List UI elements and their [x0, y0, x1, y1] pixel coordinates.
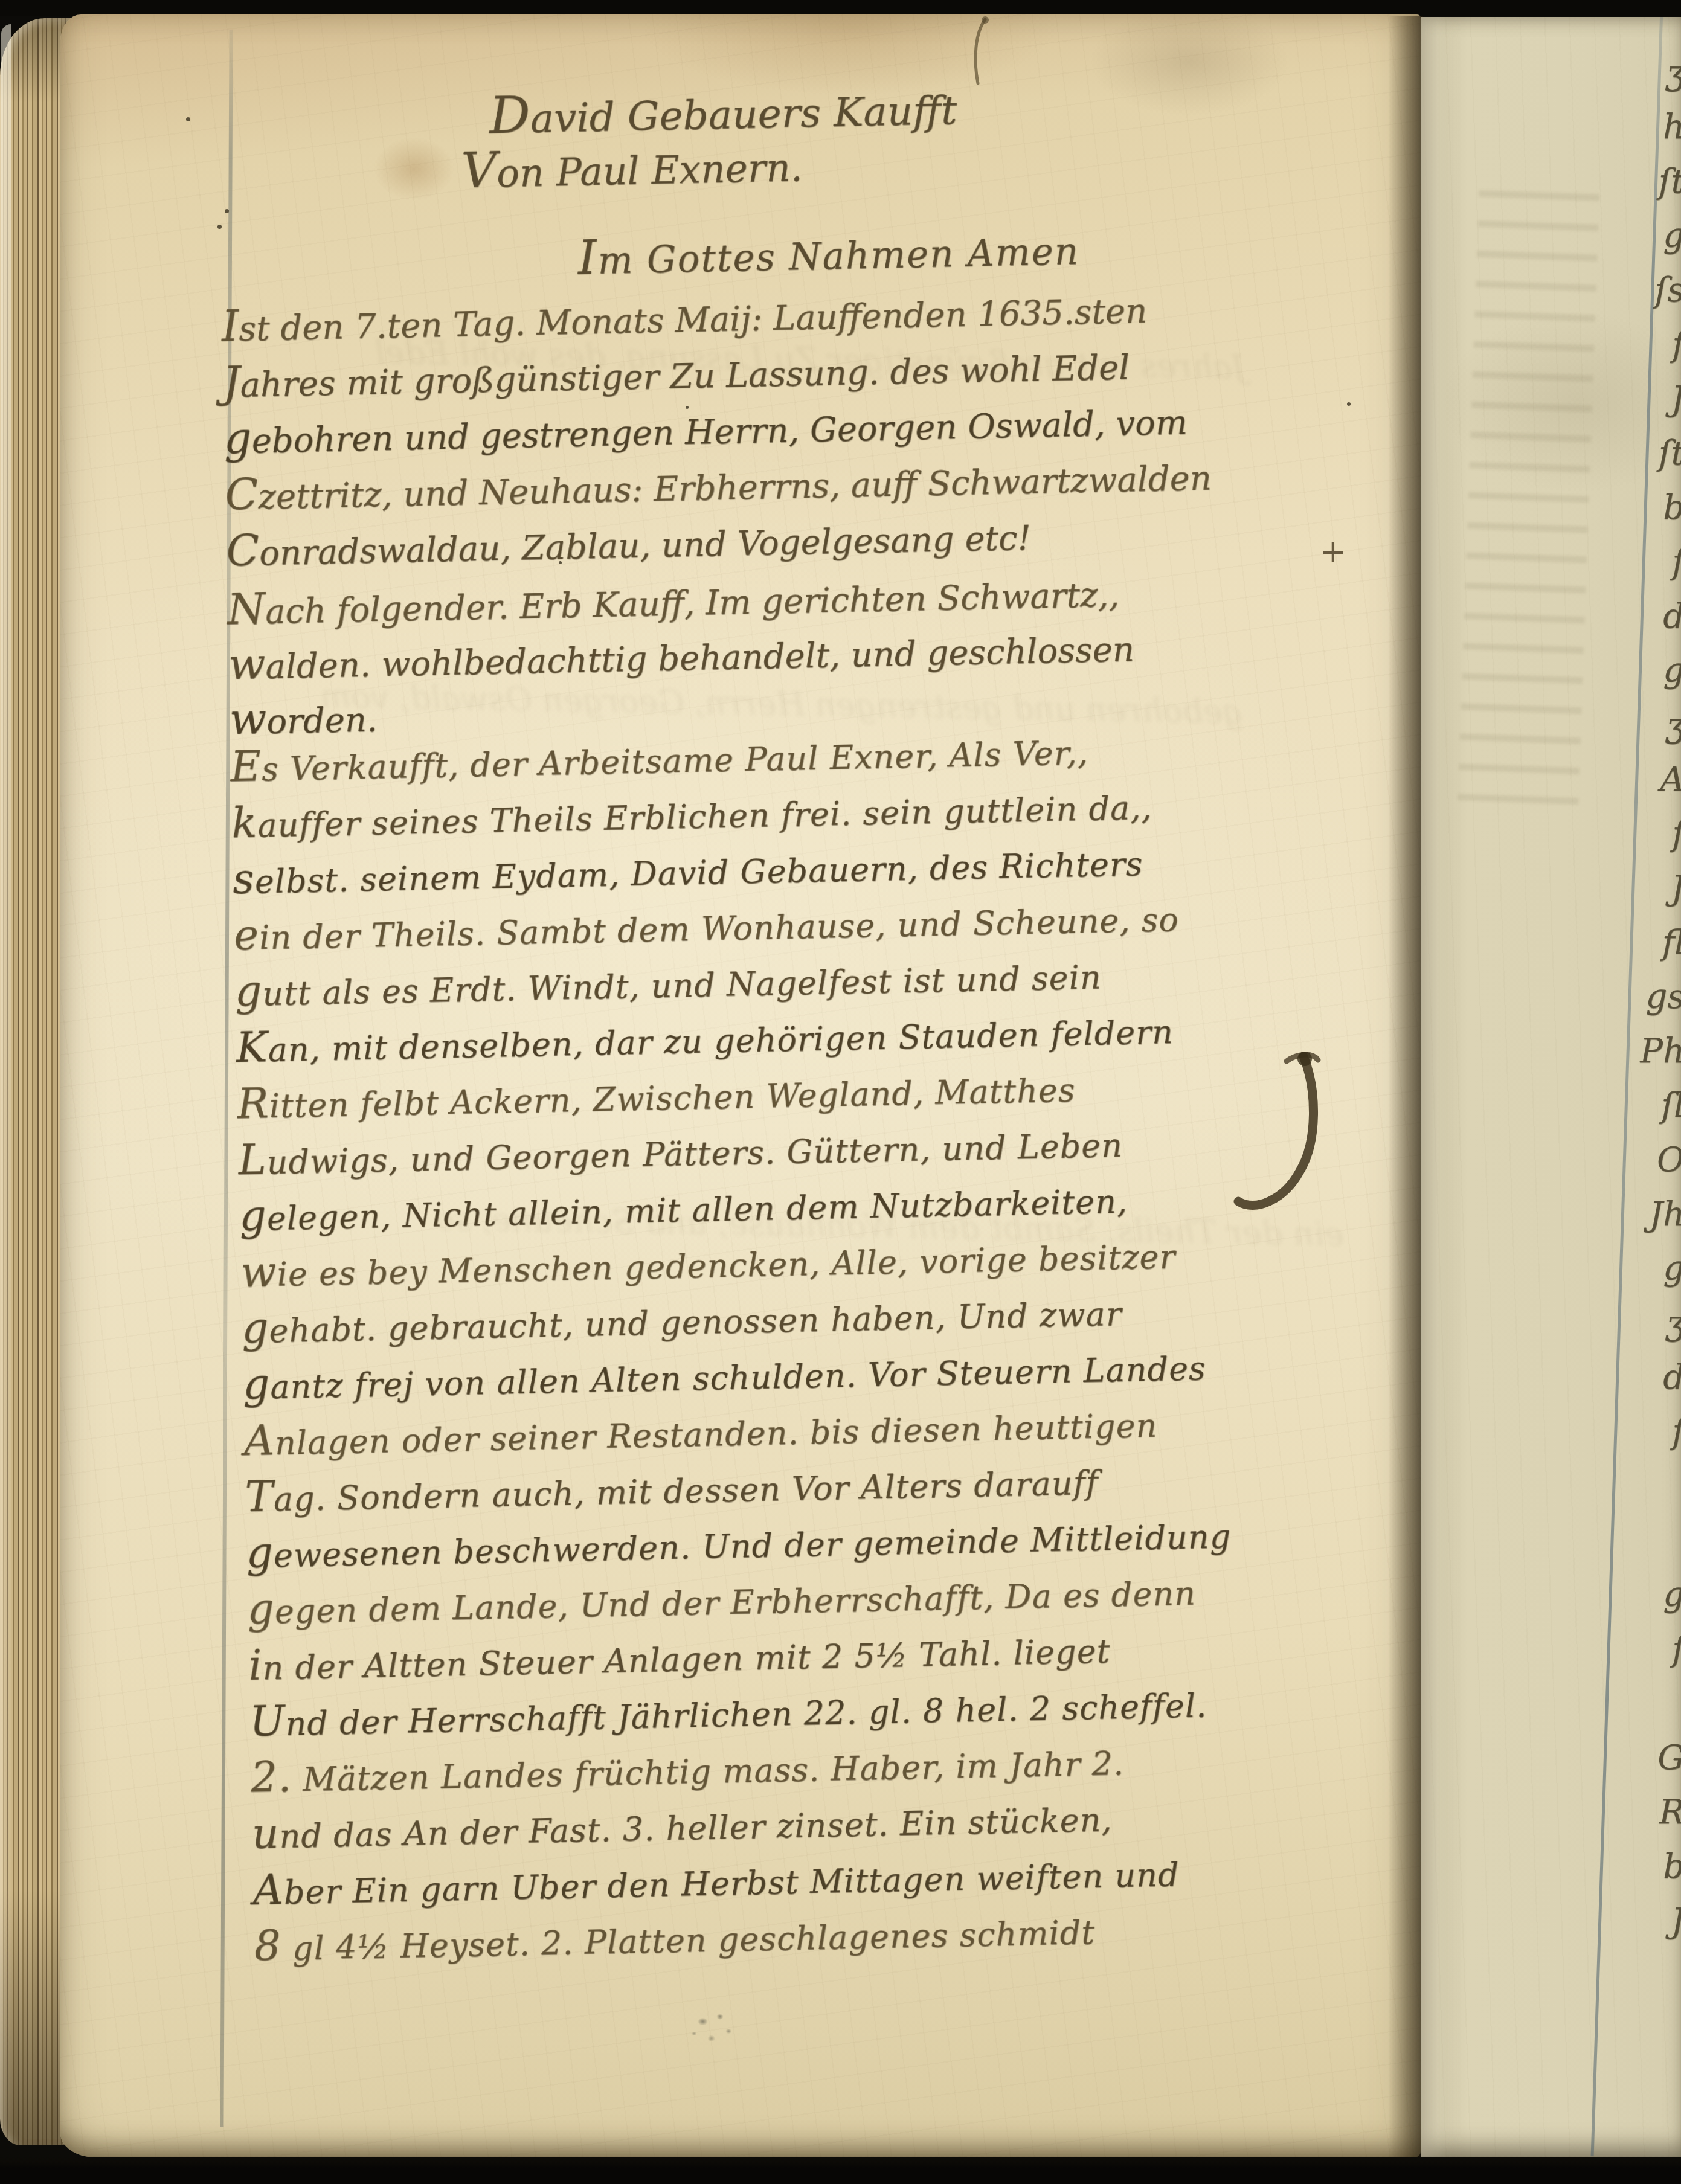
- text-line: b: [1546, 1847, 1681, 1901]
- deed-heading: David Gebauers KaufftVon Paul Exnern.: [489, 81, 959, 200]
- text-line: ſl: [1546, 1086, 1681, 1140]
- text-line: g: [1546, 216, 1681, 271]
- cross-mark: +: [1320, 534, 1346, 570]
- text-line: ʒ: [1546, 1303, 1681, 1358]
- text-line: d: [1546, 1358, 1681, 1412]
- text-line: ʒ: [1546, 53, 1681, 108]
- text-line: ʒ: [1546, 705, 1681, 760]
- text-line: [1546, 2064, 1681, 2119]
- text-line: G: [1546, 1738, 1681, 1793]
- ink-speck: [686, 406, 689, 409]
- text-line: Ph: [1546, 1032, 1681, 1086]
- text-line: g: [1546, 1249, 1681, 1303]
- text-line: ſt: [1546, 434, 1681, 488]
- text-line: J: [1546, 1901, 1681, 1956]
- ink-speck: [559, 561, 562, 564]
- text-line: gs: [1546, 977, 1681, 1032]
- text-line: Von Paul Exnern.: [461, 136, 959, 200]
- book-gutter-shadow: [1388, 16, 1423, 2157]
- text-line: f: [1546, 325, 1681, 379]
- text-line: R: [1546, 1793, 1681, 1847]
- text-line: ſt: [1546, 162, 1681, 216]
- text-line: David Gebauers Kaufft: [489, 81, 957, 146]
- text-line: g: [1546, 651, 1681, 705]
- text-line: d: [1546, 597, 1681, 651]
- photo-background-top: [0, 0, 1681, 16]
- text-line: ſ: [1546, 814, 1681, 869]
- text-line: [1546, 1521, 1681, 1575]
- ink-speck: [225, 209, 229, 213]
- paragraph-sale-terms: Es Verkaufft, der Arbeitsame Paul Exner,…: [230, 721, 1239, 1976]
- text-line: [1546, 2010, 1681, 2064]
- text-line: ſs: [1546, 271, 1681, 325]
- photo-background-bottom: [0, 2156, 1681, 2184]
- handwritten-text-block: David Gebauers KaufftVon Paul Exnern. Im…: [217, 63, 1421, 2020]
- facing-page-text-fragments: ʒhſtgſsfJſtbſdgʒAſJflgsPhſlOJhgʒdſgſGRbJ: [1546, 53, 1681, 2119]
- text-line: J: [1546, 869, 1681, 923]
- paragraph-date-preamble: Ist den 7.ten Tag. Monats Maij: Lauffend…: [221, 280, 1213, 581]
- text-line: O: [1546, 1140, 1681, 1195]
- dust-speckle-clump: [686, 2005, 743, 2053]
- manuscript-page-verso: Jahres mit großgünstiger Zu Lassung. des…: [60, 14, 1421, 2157]
- invocation-line: Im Gottes Nahmen Amen: [577, 221, 1080, 286]
- text-line: ſ: [1546, 1412, 1681, 1466]
- text-line: ſ: [1546, 542, 1681, 597]
- text-line: fl: [1546, 923, 1681, 977]
- ink-speck: [1347, 402, 1351, 406]
- photographed-book-opening: Jahres mit großgünstiger Zu Lassung. des…: [0, 0, 1681, 2184]
- text-line: b: [1546, 488, 1681, 542]
- ink-speck: [217, 225, 222, 229]
- text-line: [1546, 1956, 1681, 2010]
- text-line: [1546, 1684, 1681, 1738]
- text-line: [1546, 1466, 1681, 1521]
- text-line: g: [1546, 1575, 1681, 1630]
- text-line: J: [1546, 379, 1681, 434]
- heavy-ink-stroke: [1226, 1050, 1347, 1238]
- text-line: h: [1546, 108, 1681, 162]
- facing-page-edge: ʒhſtgſsfJſtbſdgʒAſJflgsPhſlOJhgʒdſgſGRbJ: [1421, 17, 1681, 2157]
- text-line: A: [1546, 760, 1681, 814]
- text-line: ſ: [1546, 1630, 1681, 1684]
- paragraph-contract-note: Nach folgender. Erb Kauff, Im gerichten …: [227, 565, 1136, 748]
- text-line: Jh: [1546, 1195, 1681, 1249]
- ink-speck: [186, 117, 190, 121]
